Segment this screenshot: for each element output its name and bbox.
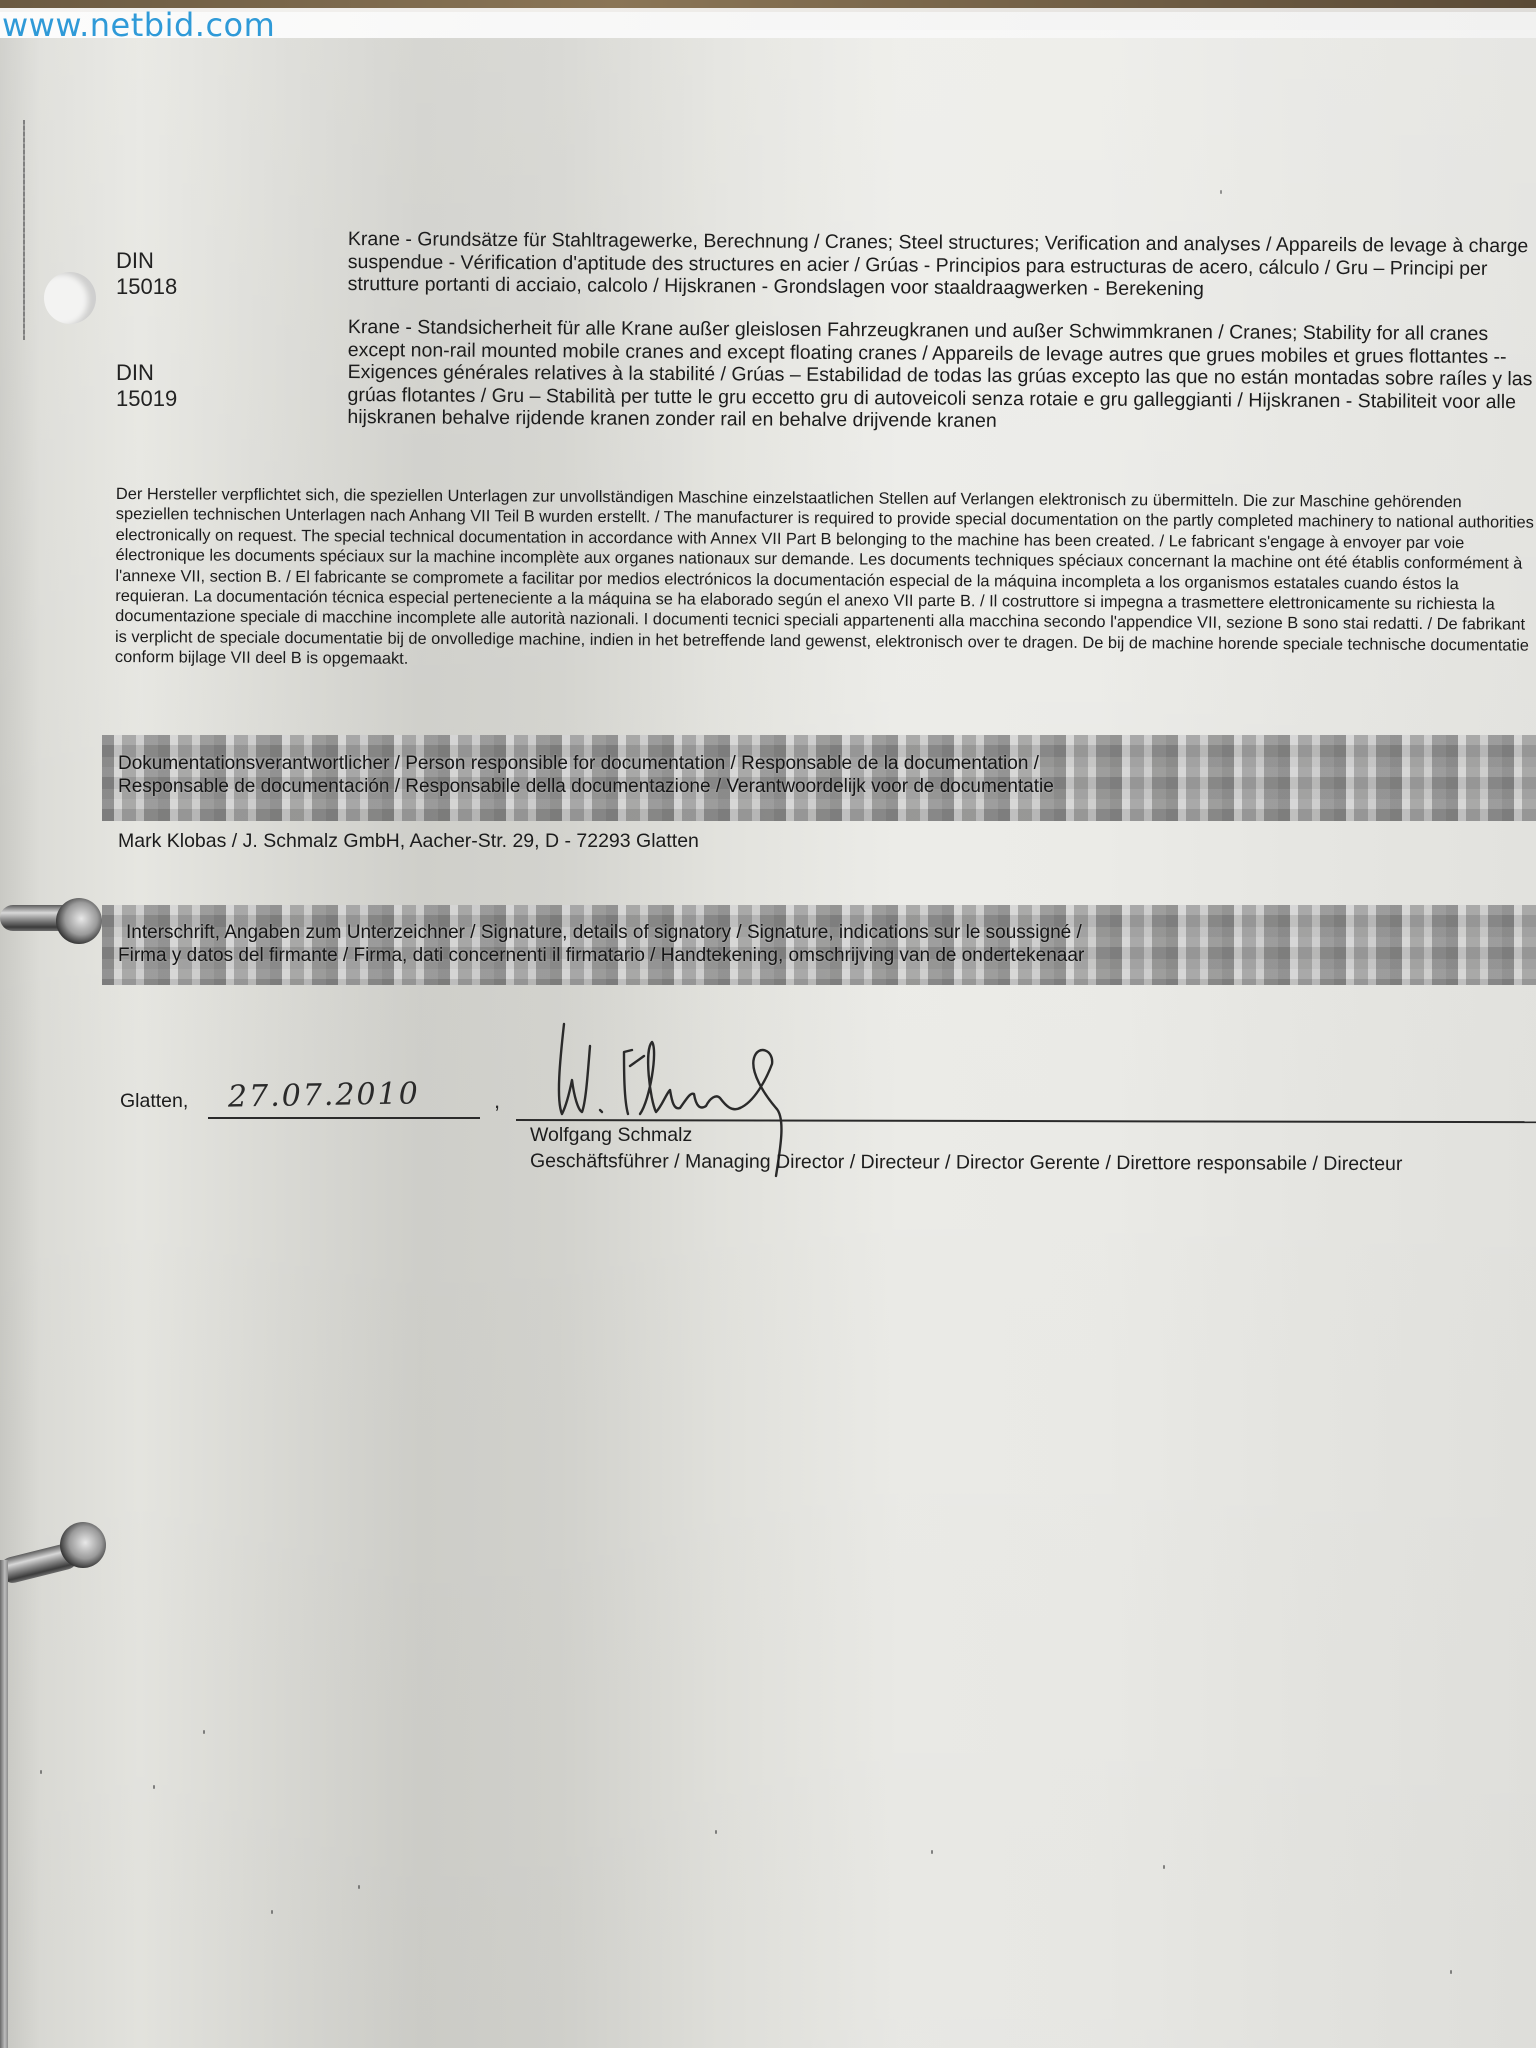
signature-heading-2: Firma y datos del firmante / Firma, dati… [118,944,1084,967]
signature-place: Glatten, [120,1090,188,1113]
margin-line [23,120,25,340]
separator: , [494,1088,500,1114]
legal-paragraph: Der Hersteller verpflichtet sich, die sp… [115,484,1536,676]
binder-ring-upper-end [56,898,102,944]
signature-heading-1: Interschrift, Angaben zum Unterzeichner … [126,921,1082,944]
signer-title: Geschäftsführer / Managing Director / Di… [530,1150,1403,1176]
binder-edge [0,1560,8,2048]
documentation-heading-2: Responsable de documentación / Responsab… [118,775,1054,798]
binder-ring-lower-end [60,1522,106,1568]
standard-code: DIN 15018 [116,248,177,300]
date-line [208,1117,480,1119]
watermark: www.netbid.com [2,6,275,44]
standard-description: Krane - Grundsätze für Stahltragewerke, … [348,228,1536,303]
punch-hole [44,272,96,324]
handwritten-date: 27.07.2010 [228,1076,420,1114]
documentation-heading-1: Dokumentationsverantwortlicher / Person … [118,752,1039,775]
documentation-responsible: Mark Klobas / J. Schmalz GmbH, Aacher-St… [118,830,699,853]
standard-code: DIN 15019 [116,360,177,412]
signer-name: Wolfgang Schmalz [530,1124,692,1147]
standard-description: Krane - Standsicherheit für alle Krane a… [347,316,1536,436]
